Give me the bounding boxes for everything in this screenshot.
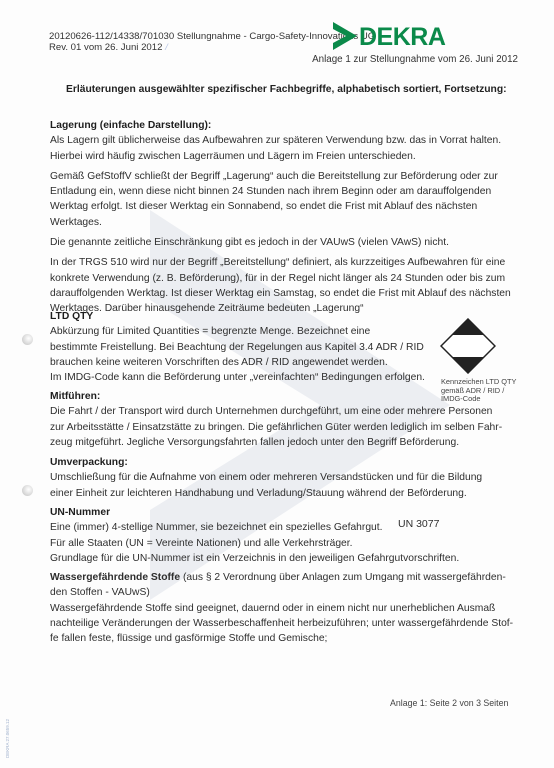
punch-hole-icon bbox=[22, 334, 33, 345]
document-page: 20120626-112/14338/701030 Stellungnahme … bbox=[0, 0, 554, 768]
section-un-nummer: UN-Nummer Eine (immer) 4-stellige Nummer… bbox=[50, 505, 459, 566]
revision-text: Rev. 01 vom 26. Juni 2012 bbox=[49, 42, 162, 53]
punch-hole-icon bbox=[22, 485, 33, 496]
section-heading: Lagerung (einfache Darstellung): bbox=[50, 118, 520, 133]
text-line: zur Arbeitsstätte / Einsatzstätte zu bri… bbox=[50, 420, 502, 435]
text-line: Umschließung für die Aufnahme von einem … bbox=[50, 470, 482, 485]
text-line: bestimmte Freistellung. Bei Beachtung de… bbox=[50, 340, 425, 355]
text-line: Die Fahrt / der Transport wird durch Unt… bbox=[50, 404, 502, 419]
text-line: Für alle Staaten (UN = Vereinte Nationen… bbox=[50, 536, 459, 551]
handwritten-mark: / bbox=[165, 42, 168, 53]
section-ltd-qty: LTD QTY Abkürzung für Limited Quantities… bbox=[50, 309, 425, 385]
section-heading-line: Wassergefährdende Stoffe (aus § 2 Verord… bbox=[50, 570, 513, 585]
section-heading: Umverpackung: bbox=[50, 455, 482, 470]
dekra-arrow-icon bbox=[333, 22, 359, 50]
paragraph: In der TRGS 510 wird nur der Begriff „Be… bbox=[50, 255, 520, 316]
page-footer: Anlage 1: Seite 2 von 3 Seiten bbox=[390, 698, 508, 708]
dekra-logo: DEKRA bbox=[333, 22, 443, 52]
side-document-code: DEKRA 27.0659.12 bbox=[5, 718, 17, 758]
section-heading: LTD QTY bbox=[50, 309, 425, 324]
paragraph: Die genannte zeitliche Einschränkung gib… bbox=[50, 235, 520, 250]
text-line: nachteilige Veränderungen der Wasserbesc… bbox=[50, 616, 513, 631]
page-title: Erläuterungen ausgewählter spezifischer … bbox=[66, 84, 507, 95]
un-number-example: UN 3077 bbox=[398, 518, 439, 530]
text-line: den Stoffen - VAUwS) bbox=[50, 585, 513, 600]
section-wassergefaehrdende-stoffe: Wassergefährdende Stoffe (aus § 2 Verord… bbox=[50, 570, 513, 646]
section-heading: Wassergefährdende Stoffe bbox=[50, 572, 180, 583]
limited-quantity-mark-icon bbox=[440, 318, 496, 374]
text-line: fe fallen feste, flüssige und gasförmige… bbox=[50, 631, 513, 646]
text-line: einer Einheit zur leichteren Handhabung … bbox=[50, 486, 482, 501]
revision-line: Rev. 01 vom 26. Juni 2012 / bbox=[49, 42, 375, 53]
section-heading: Mitführen: bbox=[50, 389, 502, 404]
paragraph: Gemäß GefStoffV schließt der Begriff „La… bbox=[50, 169, 520, 230]
section-umverpackung: Umverpackung: Umschließung für die Aufna… bbox=[50, 455, 482, 501]
section-mitfuehren: Mitführen: Die Fahrt / der Transport wir… bbox=[50, 389, 502, 450]
text-line: Im IMDG-Code kann die Beförderung unter … bbox=[50, 370, 425, 385]
text-line: Wassergefährdende Stoffe sind geeignet, … bbox=[50, 601, 513, 616]
text-line: Grundlage für die UN-Nummer ist ein Verz… bbox=[50, 551, 459, 566]
text-line: brauchen keine weiteren Vorschriften des… bbox=[50, 355, 425, 370]
text-line: Abkürzung für Limited Quantities = begre… bbox=[50, 324, 425, 339]
anlage-reference: Anlage 1 zur Stellungnahme vom 26. Juni … bbox=[312, 54, 518, 65]
heading-note: (aus § 2 Verordnung über Anlagen zum Umg… bbox=[180, 572, 506, 583]
logo-wordmark: DEKRA bbox=[359, 23, 445, 52]
document-reference: 20120626-112/14338/701030 Stellungnahme … bbox=[49, 31, 375, 42]
document-header: 20120626-112/14338/701030 Stellungnahme … bbox=[49, 31, 375, 53]
text-line: zeug mitgeführt. Jegliche Versorgungsfah… bbox=[50, 435, 502, 450]
section-lagerung: Lagerung (einfache Darstellung): Als Lag… bbox=[50, 118, 520, 317]
paragraph: Als Lagern gilt üblicherweise das Aufbew… bbox=[50, 133, 520, 164]
